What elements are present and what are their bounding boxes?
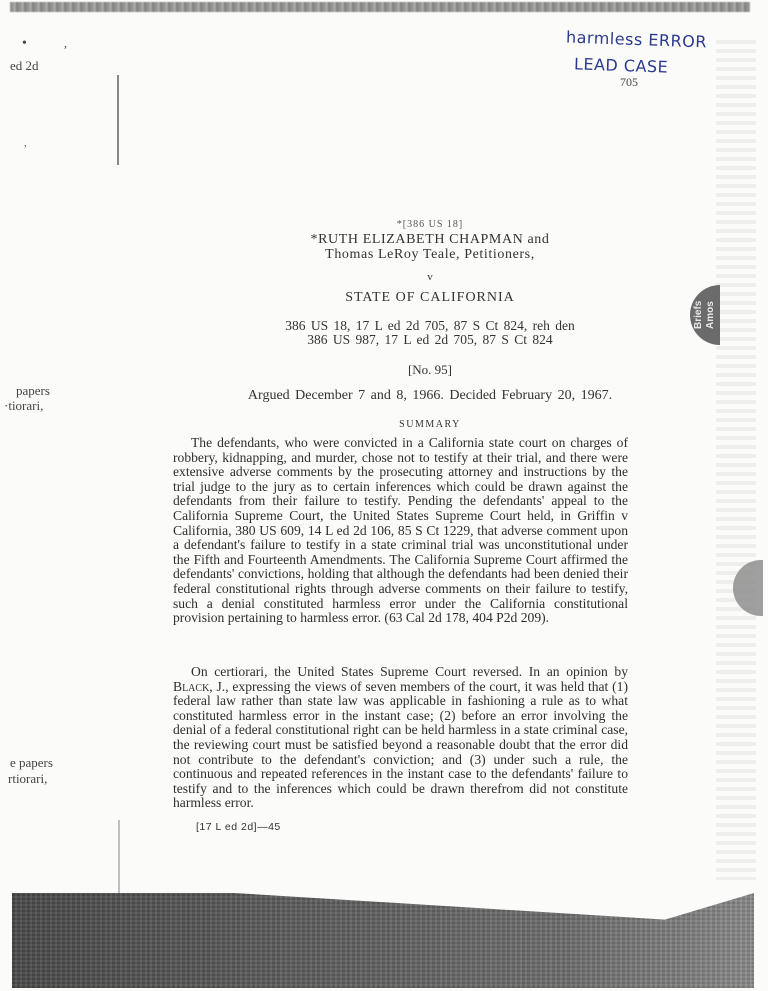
left-page-mark: , <box>24 138 27 149</box>
left-page-mark: • <box>22 36 27 52</box>
argued-decided-dates: Argued December 7 and 8, 1966. Decided F… <box>150 388 710 404</box>
petitioner-line-2: Thomas LeRoy Teale, Petitioners, <box>150 247 710 263</box>
paragraph-2-text-cont: , J., expressing the views of seven memb… <box>173 679 628 811</box>
scan-shadow-top <box>10 2 750 12</box>
footer-citation: [17 L ed 2d]—45 <box>196 821 281 833</box>
summary-heading: SUMMARY <box>150 419 710 430</box>
petitioner-line-1: *RUTH ELIZABETH CHAPMAN and <box>150 232 710 248</box>
citation-line-2: 386 US 987, 17 L ed 2d 705, 87 S Ct 824 <box>150 332 710 348</box>
star-page-citation: *[386 US 18] <box>150 219 710 230</box>
left-page-fragment: ed 2d <box>10 58 39 74</box>
scan-shadow-bottom <box>12 893 754 988</box>
page-number: 705 <box>620 75 638 90</box>
docket-number: [No. 95] <box>150 362 710 378</box>
handwritten-note-line1: harmless ERROR <box>566 28 708 52</box>
left-page-fragment: rtiorari, <box>8 771 47 787</box>
justice-name: Black <box>173 679 209 694</box>
respondent: STATE OF CALIFORNIA <box>150 290 710 306</box>
left-page-fragment: ·tiorari, <box>4 398 43 414</box>
paragraph-2-text: On certiorari, the United States Supreme… <box>191 664 628 679</box>
handwritten-note-line2: LEAD CASE <box>574 54 669 76</box>
versus: v <box>150 271 710 283</box>
summary-paragraph-2: On certiorari, the United States Supreme… <box>173 665 628 811</box>
page-fold-line-lower <box>118 820 120 895</box>
left-page-fragment: papers <box>16 383 50 399</box>
right-page-edge <box>716 40 756 880</box>
left-page-fragment: e papers <box>10 755 53 771</box>
summary-paragraph-1: The defendants, who were convicted in a … <box>173 436 628 626</box>
page-fold-line <box>117 75 119 165</box>
left-page-mark: , <box>64 36 67 51</box>
